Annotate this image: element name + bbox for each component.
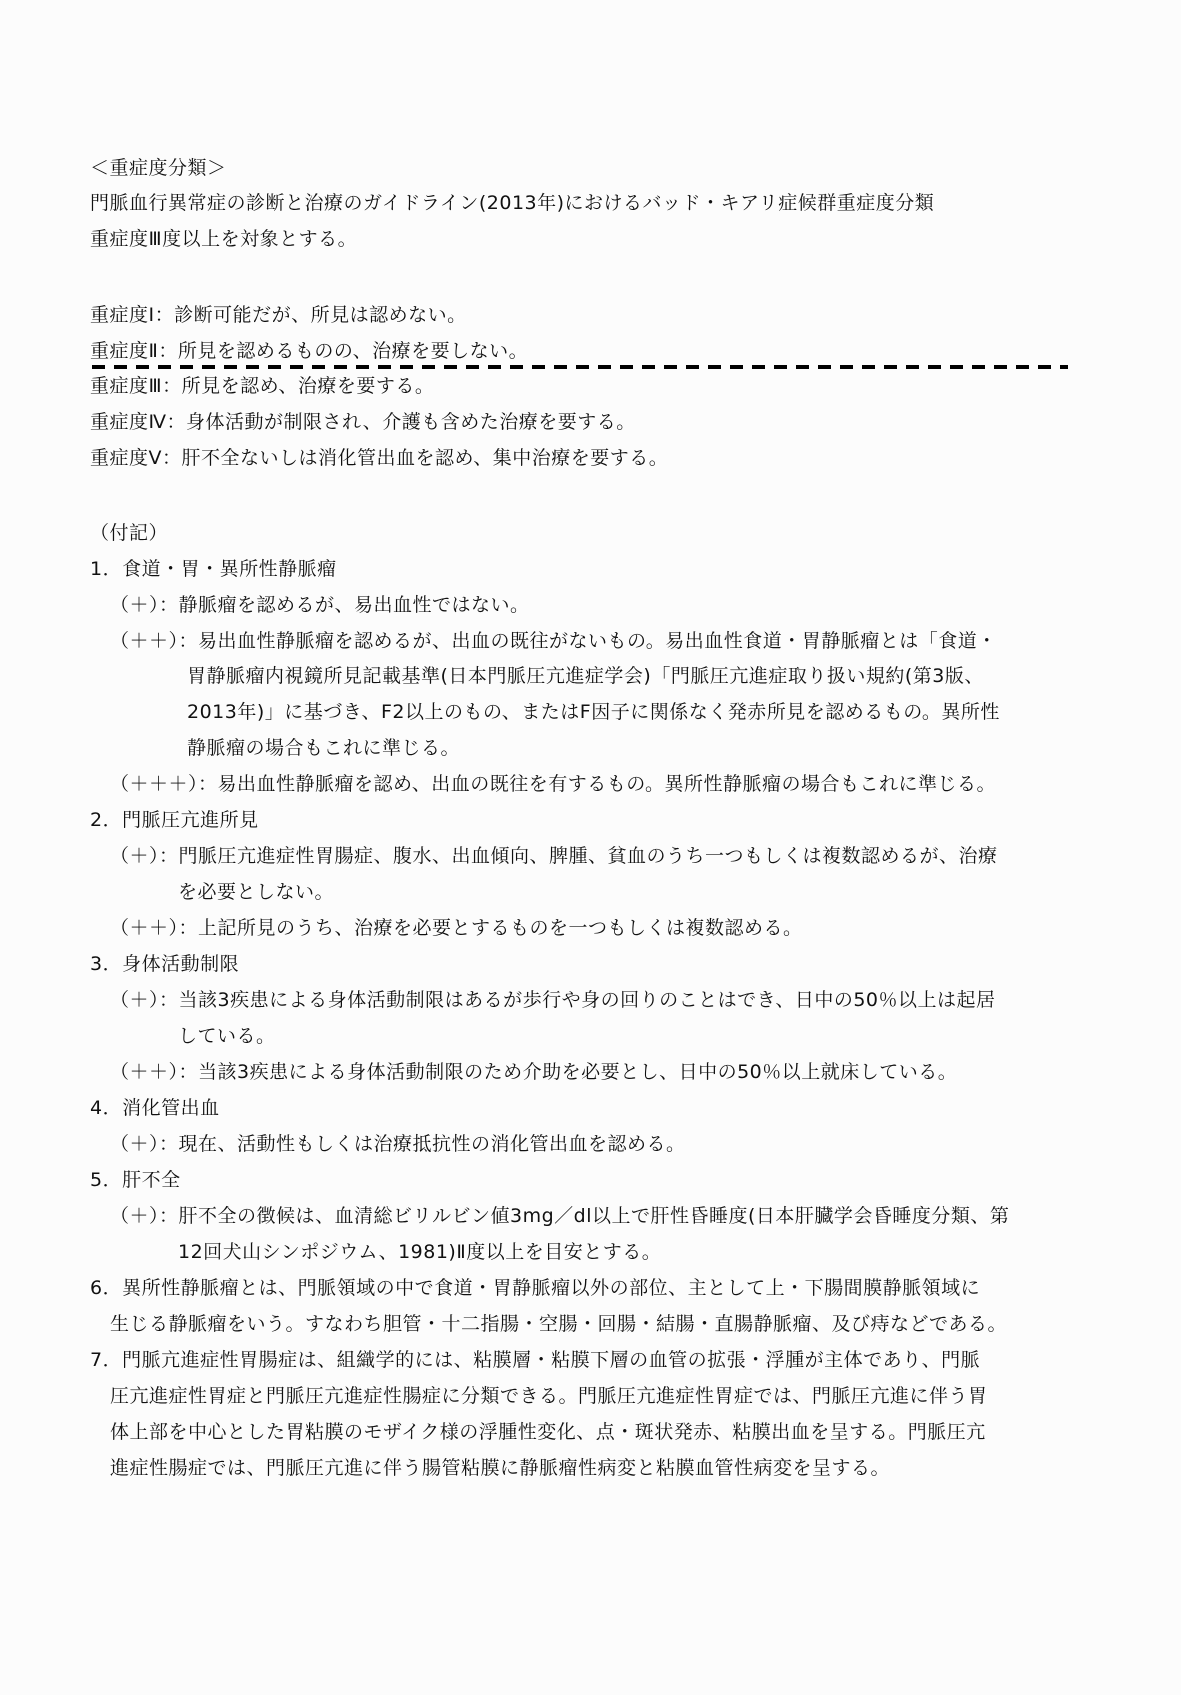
grade-label: 重症度Ⅱ <box>90 340 158 362</box>
appendix-item-1-line: （＋＋）：易出血性静脈瘤を認めるが、出血の既往がないもの。易出血性食道・胃静脈瘤… <box>110 629 997 653</box>
appendix-item-3-title: 3．身体活動制限 <box>90 952 239 976</box>
grade-1: 重症度Ⅰ：診断可能だが、所見は認めない。 <box>90 303 467 327</box>
appendix-item-7-title: 7．門脈亢進症性胃腸症は、組織学的には、粘膜層・粘膜下層の血管の拡張・浮腫が主体… <box>90 1348 980 1372</box>
appendix-item-3-line: している。 <box>178 1024 276 1048</box>
appendix-item-1-line: （＋＋＋）：易出血性静脈瘤を認め、出血の既往を有するもの。異所性静脈瘤の場合もこ… <box>110 772 996 796</box>
grade-label: 重症度Ⅰ <box>90 304 155 326</box>
appendix-item-7-line: 圧亢進症性胃症と門脈圧亢進症性腸症に分類できる。門脈圧亢進症性胃症では、門脈圧亢… <box>110 1384 988 1408</box>
grade-label: 重症度Ⅳ <box>90 411 167 433</box>
appendix-item-2-title: 2．門脈圧亢進所見 <box>90 808 259 832</box>
severity-target-note: 重症度Ⅲ度以上を対象とする。 <box>90 227 357 251</box>
appendix-item-2-line: を必要としない。 <box>178 880 334 904</box>
appendix-item-1-title: 1．食道・胃・異所性静脈瘤 <box>90 557 337 581</box>
grade-5: 重症度Ⅴ：肝不全ないしは消化管出血を認め、集中治療を要する。 <box>90 446 668 470</box>
appendix-item-5-line: （＋）：肝不全の徴候は、血清総ビリルビン値3mg／dl以上で肝性昏睡度(日本肝臓… <box>110 1204 1009 1228</box>
grade-4: 重症度Ⅳ：身体活動が制限され、介護も含めた治療を要する。 <box>90 410 636 434</box>
appendix-item-3-line: （＋＋）：当該3疾患による身体活動制限のため介助を必要とし、日中の50％以上就床… <box>110 1060 957 1084</box>
appendix-item-6-line: 生じる静脈瘤をいう。すなわち胆管・十二指腸・空腸・回腸・結腸・直腸静脈瘤、及び痔… <box>110 1312 1007 1336</box>
appendix-item-6-title: 6．異所性静脈瘤とは、門脈領域の中で食道・胃静脈瘤以外の部位、主として上・下腸間… <box>90 1276 980 1300</box>
appendix-item-3-line: （＋）：当該3疾患による身体活動制限はあるが歩行や身の回りのことはでき、日中の5… <box>110 988 996 1012</box>
appendix-item-1-line: 静脈瘤の場合もこれに準じる。 <box>187 736 460 760</box>
appendix-item-7-line: 体上部を中心とした胃粘膜のモザイク様の浮腫性変化、点・斑状発赤、粘膜出血を呈する… <box>110 1420 986 1444</box>
appendix-item-1-line: （＋）：静脈瘤を認めるが、易出血性ではない。 <box>110 593 530 617</box>
grade-label: 重症度Ⅲ <box>90 375 162 397</box>
grade-text: ：身体活動が制限され、介護も含めた治療を要する。 <box>167 411 636 433</box>
grade-text: ：診断可能だが、所見は認めない。 <box>155 304 467 326</box>
appendix-item-4-title: 4．消化管出血 <box>90 1096 220 1120</box>
appendix-item-5-title: 5．肝不全 <box>90 1168 181 1192</box>
appendix-item-2-line: （＋＋）：上記所見のうち、治療を必要とするものを一つもしくは複数認める。 <box>110 916 803 940</box>
severity-heading: ＜重症度分類＞ <box>90 156 227 180</box>
grade-2: 重症度Ⅱ：所見を認めるものの、治療を要しない。 <box>90 339 528 363</box>
appendix-item-5-line: 12回犬山シンポジウム、1981)Ⅱ度以上を目安とする。 <box>178 1240 661 1264</box>
appendix-item-2-line: （＋）：門脈圧亢進症性胃腸症、腹水、出血傾向、脾腫、貧血のうち一つもしくは複数認… <box>110 844 998 868</box>
grade-text: ：肝不全ないしは消化管出血を認め、集中治療を要する。 <box>162 447 668 469</box>
appendix-item-1-line: 2013年)」に基づき、F2以上のもの、またはF因子に関係なく発赤所見を認めるも… <box>187 700 1000 724</box>
grade-text: ：所見を認めるものの、治療を要しない。 <box>158 340 528 362</box>
appendix-heading: （付記） <box>90 521 168 545</box>
grade-3: 重症度Ⅲ：所見を認め、治療を要する。 <box>90 374 434 398</box>
grade-label: 重症度Ⅴ <box>90 447 162 469</box>
threshold-dashed-divider <box>92 365 1068 369</box>
appendix-item-1-line: 胃静脈瘤内視鏡所見記載基準(日本門脈圧亢進症学会)「門脈圧亢進症取り扱い規約(第… <box>187 664 984 688</box>
severity-description: 門脈血行異常症の診断と治療のガイドライン(2013年)におけるバッド・キアリ症候… <box>90 191 934 215</box>
grade-text: ：所見を認め、治療を要する。 <box>162 375 434 397</box>
appendix-item-7-line: 進症性腸症では、門脈圧亢進に伴う腸管粘膜に静脈瘤性病変と粘膜血管性病変を呈する。 <box>110 1456 890 1480</box>
appendix-item-4-line: （＋）：現在、活動性もしくは治療抵抗性の消化管出血を認める。 <box>110 1132 686 1156</box>
